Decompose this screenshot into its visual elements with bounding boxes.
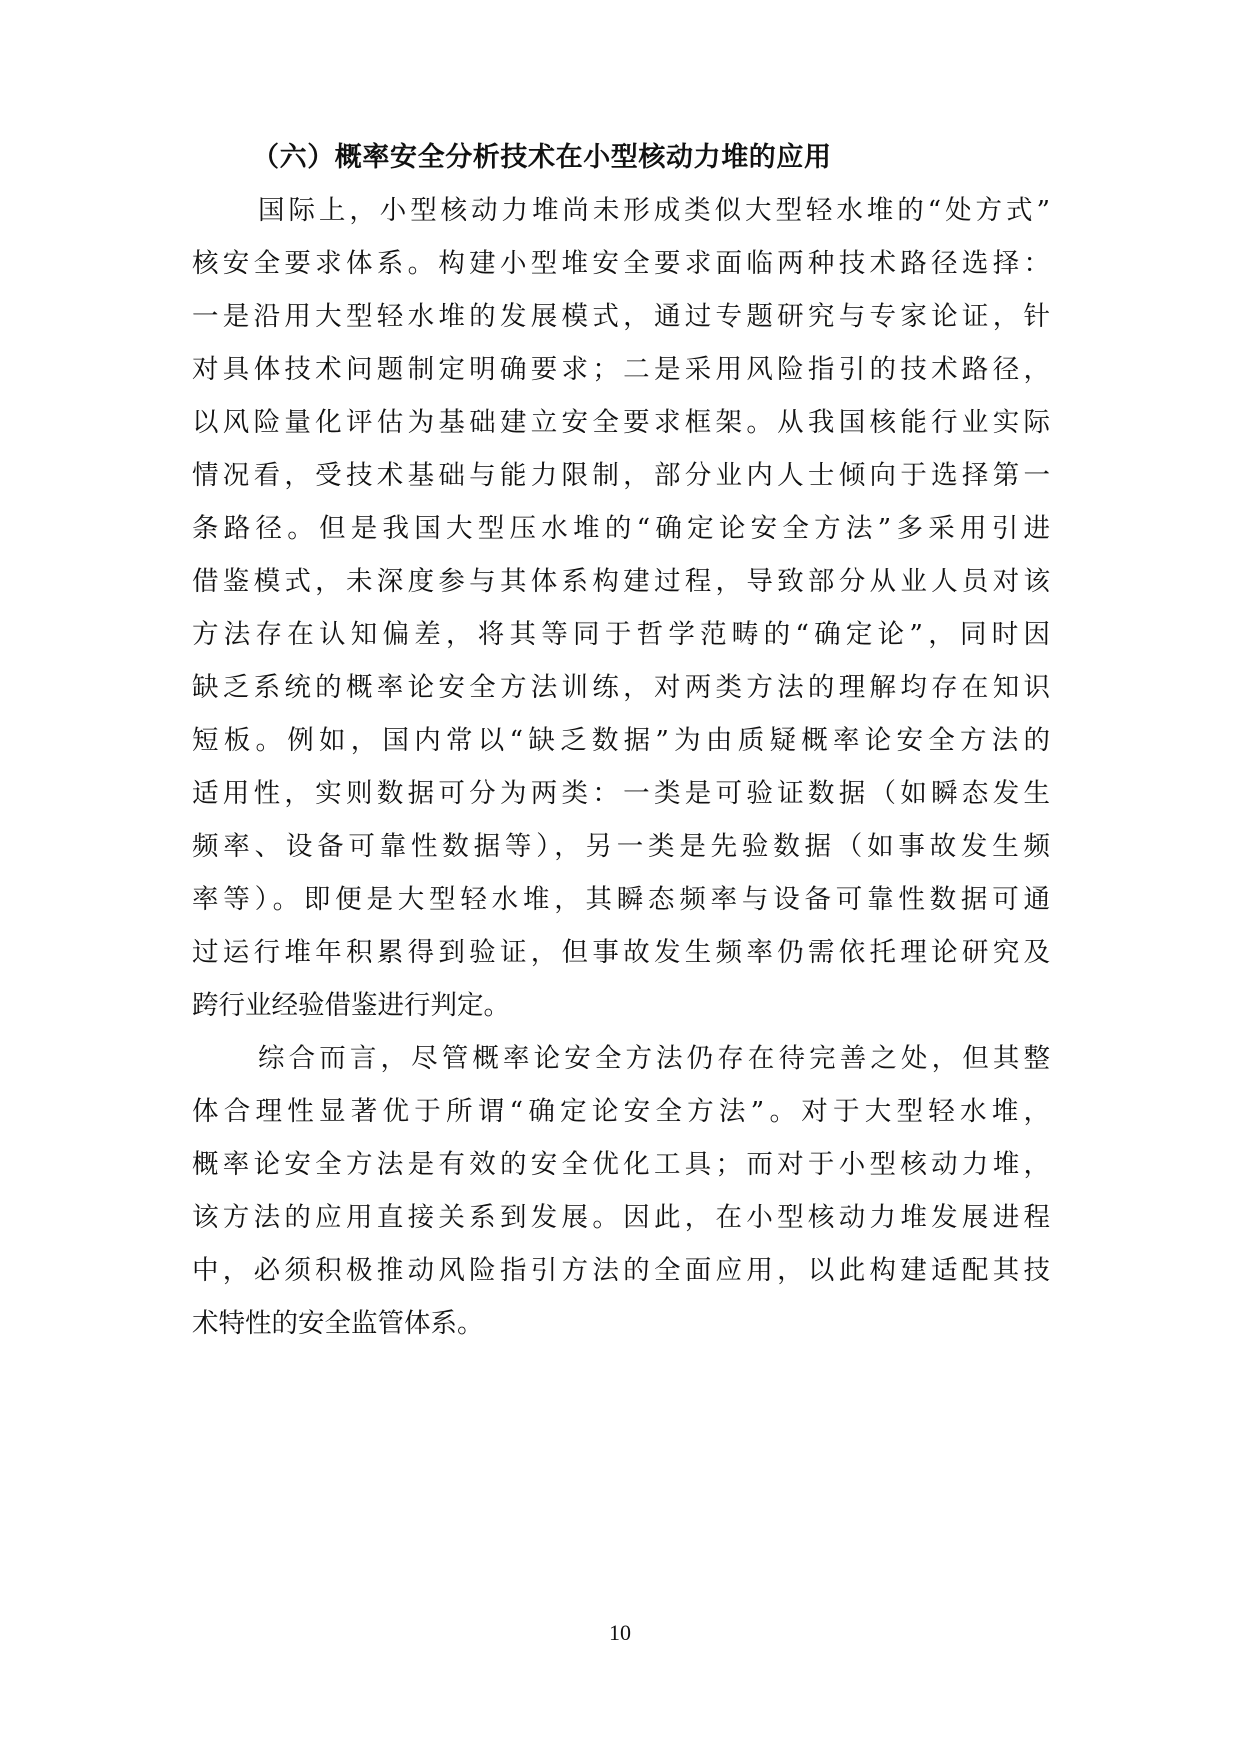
paragraph-line: 以风险量化评估为基础建立安全要求框架。从我国核能行业实际: [192, 401, 1050, 445]
paragraph-line: 体合理性显著优于所谓“确定论安全方法”。对于大型轻水堆，: [192, 1090, 1050, 1134]
paragraph-line: 条路径。但是我国大型压水堆的“确定论安全方法”多采用引进: [192, 507, 1050, 551]
paragraph-line: 对具体技术问题制定明确要求；二是采用风险指引的技术路径，: [192, 348, 1050, 392]
paragraph-line: 一是沿用大型轻水堆的发展模式，通过专题研究与专家论证，针: [192, 295, 1050, 339]
paragraph-line: 跨行业经验借鉴进行判定。: [192, 984, 1050, 1028]
paragraph-line: 国际上，小型核动力堆尚未形成类似大型轻水堆的“处方式”: [258, 189, 1050, 233]
paragraph-line: 缺乏系统的概率论安全方法训练，对两类方法的理解均存在知识: [192, 666, 1050, 710]
paragraph-line: 方法存在认知偏差，将其等同于哲学范畴的“确定论”，同时因: [192, 613, 1050, 657]
paragraph-line: 概率论安全方法是有效的安全优化工具；而对于小型核动力堆，: [192, 1143, 1050, 1187]
page-number: 10: [0, 1618, 1240, 1648]
paragraph-line: 适用性，实则数据可分为两类：一类是可验证数据（如瞬态发生: [192, 772, 1050, 816]
paragraph-line: 综合而言，尽管概率论安全方法仍存在待完善之处，但其整: [258, 1037, 1050, 1081]
paragraph-line: 核安全要求体系。构建小型堆安全要求面临两种技术路径选择：: [192, 242, 1050, 286]
document-page: （六）概率安全分析技术在小型核动力堆的应用 国际上，小型核动力堆尚未形成类似大型…: [0, 0, 1240, 1753]
paragraph-line: 率等）。即便是大型轻水堆，其瞬态频率与设备可靠性数据可通: [192, 878, 1050, 922]
paragraph-line: 中，必须积极推动风险指引方法的全面应用，以此构建适配其技: [192, 1249, 1050, 1293]
paragraph-line: 该方法的应用直接关系到发展。因此，在小型核动力堆发展进程: [192, 1196, 1050, 1240]
section-heading: （六）概率安全分析技术在小型核动力堆的应用: [252, 136, 832, 180]
paragraph-line: 借鉴模式，未深度参与其体系构建过程，导致部分从业人员对该: [192, 560, 1050, 604]
paragraph-line: 情况看，受技术基础与能力限制，部分业内人士倾向于选择第一: [192, 454, 1050, 498]
paragraph-line: 短板。例如，国内常以“缺乏数据”为由质疑概率论安全方法的: [192, 719, 1050, 763]
paragraph-line: 术特性的安全监管体系。: [192, 1302, 1050, 1346]
paragraph-line: 频率、设备可靠性数据等），另一类是先验数据（如事故发生频: [192, 825, 1050, 869]
paragraph-line: 过运行堆年积累得到验证，但事故发生频率仍需依托理论研究及: [192, 931, 1050, 975]
